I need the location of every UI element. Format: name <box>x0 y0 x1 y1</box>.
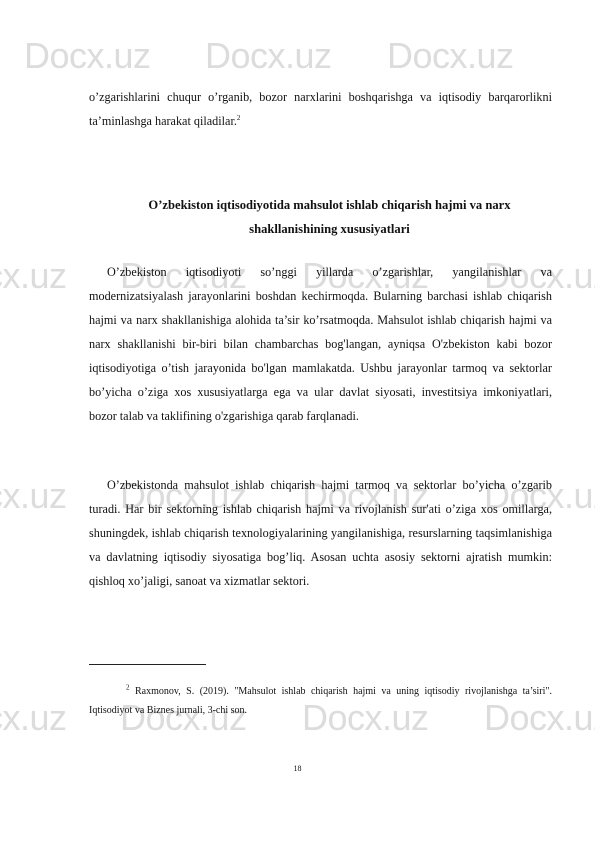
section-title: O’zbekiston iqtisodiyotida mahsulot ishl… <box>89 193 552 241</box>
watermark: Docx.uz <box>0 258 67 294</box>
footnote-text: Raxmonov, S. (2019). "Mahsulot ishlab ch… <box>89 686 552 716</box>
footnote-separator <box>89 664 206 665</box>
watermark: Docx.uz <box>0 700 67 736</box>
page-number: 18 <box>0 764 595 773</box>
paragraph: O’zbekiston iqtisodiyoti so’nggi yillard… <box>89 260 552 428</box>
watermark: Docx.uz <box>24 38 151 74</box>
footnote-reference[interactable]: 2 <box>237 114 241 122</box>
watermark: Docx.uz <box>205 38 332 74</box>
paragraph-continuation: o’zgarishlarini chuqur o’rganib, bozor n… <box>89 85 552 133</box>
watermark: Docx.uz <box>0 478 67 514</box>
watermark: Docx.uz <box>387 38 514 74</box>
section-title-line: O’zbekiston iqtisodiyotida mahsulot ishl… <box>107 193 552 217</box>
section-title-line: shakllanishining xususiyatlari <box>107 217 552 241</box>
paragraph-text: o’zgarishlarini chuqur o’rganib, bozor n… <box>89 90 552 128</box>
footnote: 2 Raxmonov, S. (2019). "Mahsulot ishlab … <box>89 682 552 720</box>
paragraph: O’zbekistonda mahsulot ishlab chiqarish … <box>89 473 552 593</box>
